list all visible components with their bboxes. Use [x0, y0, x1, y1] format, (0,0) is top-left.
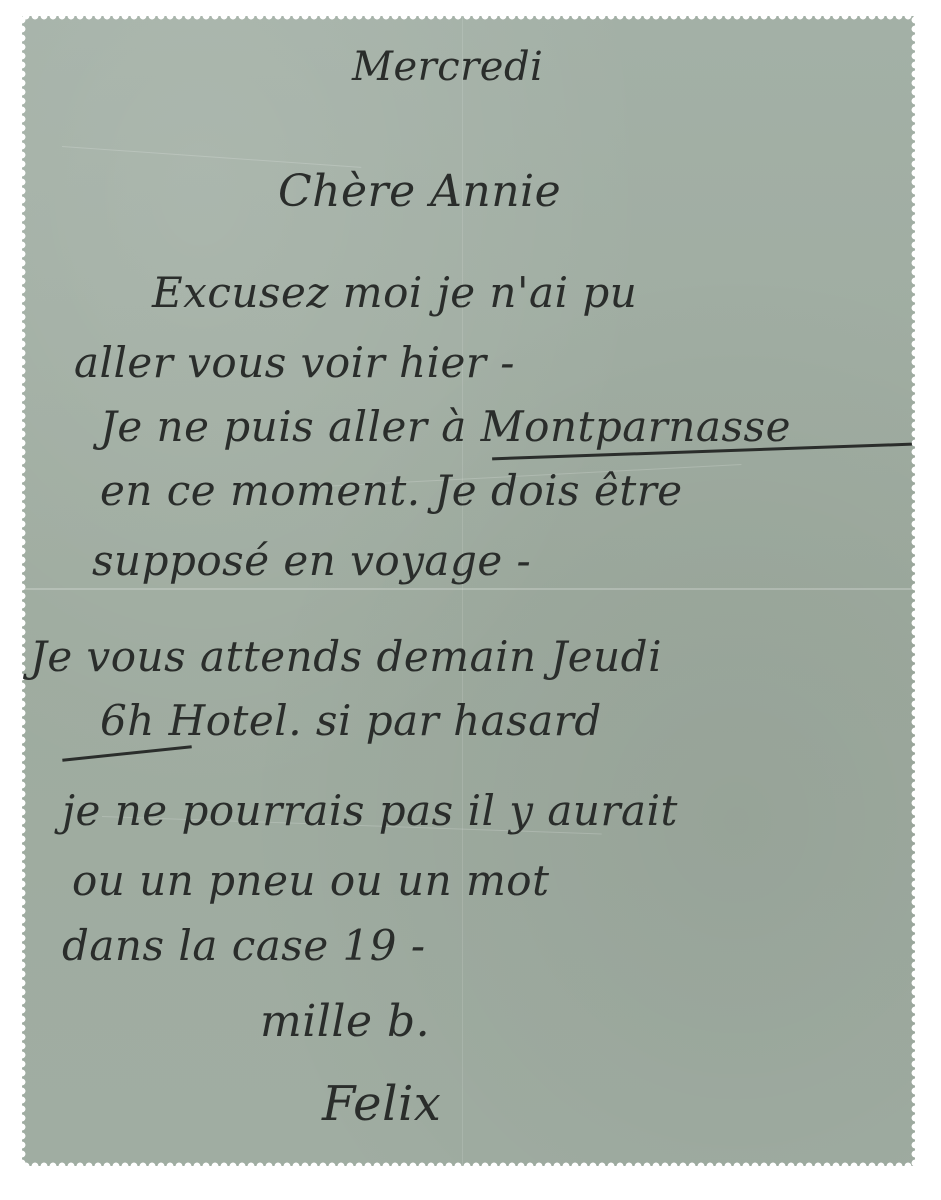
- letter-line-2: aller vous voir hier -: [74, 338, 515, 387]
- letter-line-5: supposé en voyage -: [92, 536, 531, 585]
- letter-card: Mercredi Chère Annie Excusez moi je n'ai…: [22, 16, 915, 1166]
- letter-line-3: Je ne puis aller à Montparnasse: [100, 402, 791, 451]
- letter-day: Mercredi: [352, 44, 543, 90]
- letter-line-7: 6h Hotel. si par hasard: [100, 696, 602, 745]
- letter-line-1: Excusez moi je n'ai pu: [152, 268, 637, 317]
- crease: [62, 146, 361, 168]
- underline-6h: [62, 745, 192, 761]
- letter-signature: Felix: [322, 1076, 441, 1132]
- letter-line-10: dans la case 19 -: [62, 921, 426, 970]
- perforated-edge-bottom: [22, 1162, 915, 1170]
- perforated-edge-top: [22, 12, 915, 20]
- fold-line: [22, 588, 915, 590]
- letter-line-4: en ce moment. Je dois être: [100, 466, 683, 515]
- letter-line-9: ou un pneu ou un mot: [72, 856, 549, 905]
- letter-closing: mille b.: [260, 996, 430, 1047]
- letter-line-8: je ne pourrais pas il y aurait: [62, 786, 678, 835]
- letter-line-6: Je vous attends demain Jeudi: [30, 632, 662, 681]
- perforated-edge-right: [911, 16, 919, 1166]
- letter-salutation: Chère Annie: [278, 166, 561, 217]
- perforated-edge-left: [18, 16, 26, 1166]
